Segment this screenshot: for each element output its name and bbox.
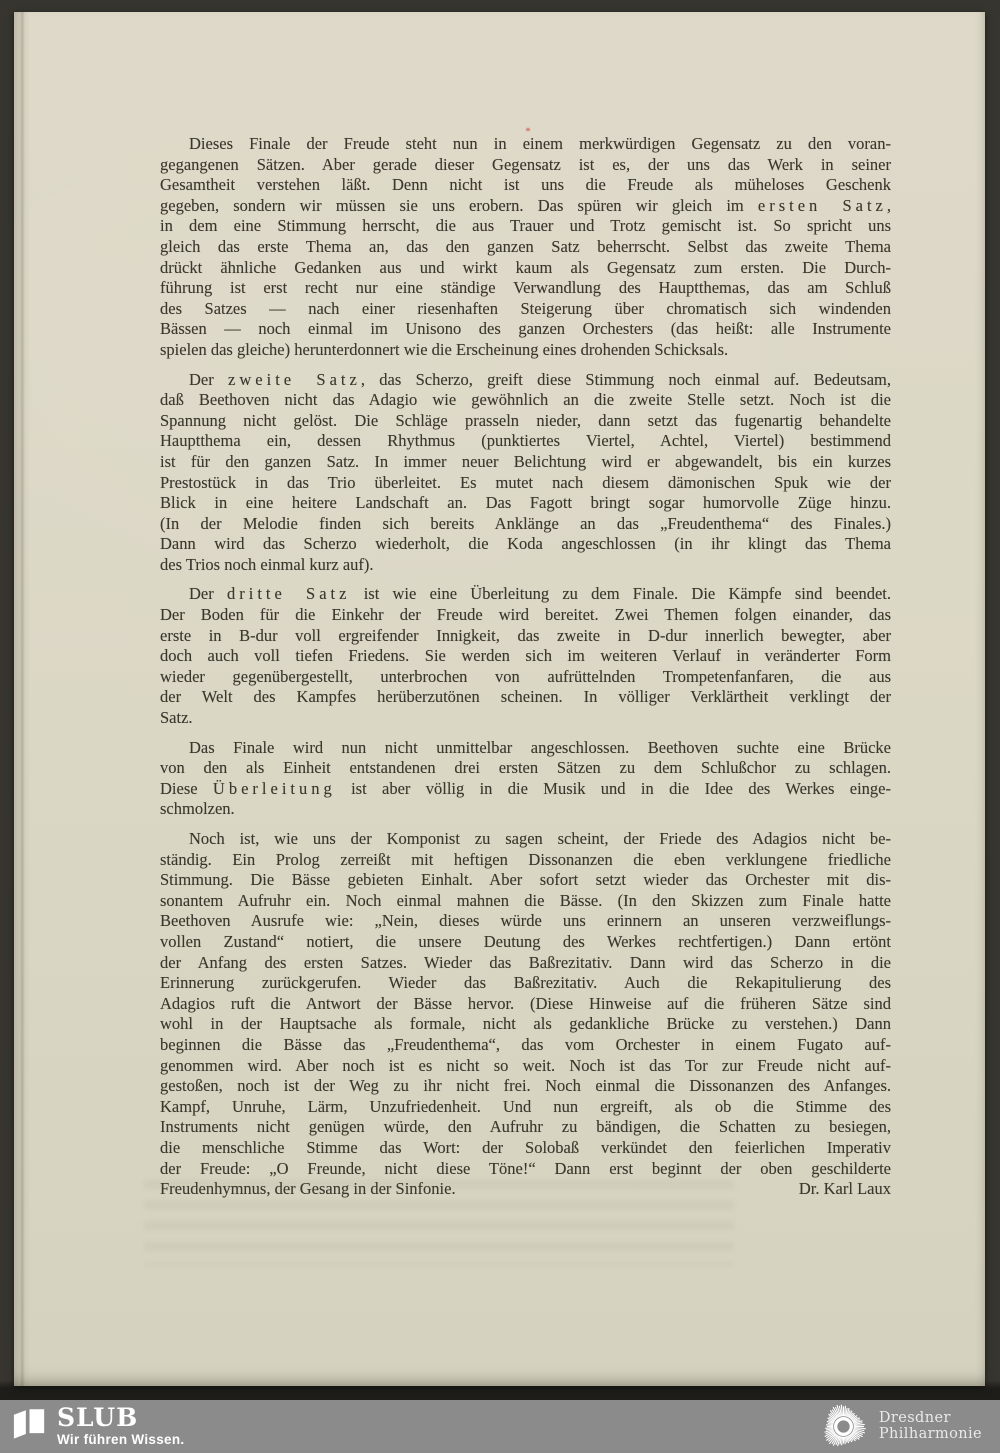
- text-line: drückt ähnliche Gedanken aus und wirkt k…: [160, 258, 891, 279]
- text-line: wohl in der Hauptsache als formale, nich…: [160, 1014, 891, 1035]
- text-line: führung ist erst recht nur eine ständige…: [160, 278, 891, 299]
- text-line: Gesamtheit verstehen läßt. Denn nicht is…: [160, 175, 891, 196]
- text-line: genommen wird. Aber noch ist es nicht so…: [160, 1056, 891, 1077]
- screenshot-canvas: Dieses Finale der Freude steht nun in ei…: [0, 0, 1000, 1453]
- text-line: Der dritte Satz ist wie eine Überleitung…: [160, 584, 891, 605]
- scanned-page: Dieses Finale der Freude steht nun in ei…: [14, 12, 985, 1386]
- text-line: die menschliche Stimme das Wort: der Sol…: [160, 1138, 891, 1159]
- text-line: gleich das erste Thema an, das den ganze…: [160, 237, 891, 258]
- text-line: doch auch voll tiefen Friedens. Sie werd…: [160, 646, 891, 667]
- text-line: Diese Überleitung ist aber völlig in die…: [160, 779, 891, 800]
- paragraph: Der dritte Satz ist wie eine Überleitung…: [160, 584, 891, 728]
- text-line: des Trios noch einmal kurz auf).: [160, 555, 891, 576]
- text-line: sonantem Aufruhr ein. Noch einmal mahnen…: [160, 891, 891, 912]
- text-block: Dieses Finale der Freude steht nun in ei…: [160, 134, 891, 1200]
- philharmonie-logo: Dresdner Philharmonie: [820, 1403, 982, 1450]
- text-line: gestoßen, noch ist der Weg zu ihr nicht …: [160, 1076, 891, 1097]
- text-line: (In der Melodie finden sich bereits Ankl…: [160, 514, 891, 535]
- text-line: ständig. Ein Prolog zerreißt mit heftige…: [160, 850, 891, 871]
- text-line: Dann wird das Scherzo wiederholt, die Ko…: [160, 534, 891, 555]
- text-line: Noch ist, wie uns der Komponist zu sagen…: [160, 829, 891, 850]
- author-signature: Dr. Karl Laux: [799, 1179, 891, 1200]
- text-line: schmolzen.: [160, 799, 891, 820]
- text-line: erste in B-dur voll ergreifender Innigke…: [160, 626, 891, 647]
- text-line: der Welt des Kampfes herüberzutönen sche…: [160, 687, 891, 708]
- text-line: gegeben, sondern wir müssen sie uns erob…: [160, 196, 891, 217]
- open-book-icon: [13, 1408, 46, 1444]
- text-line: Prestostück in das Trio überleitet. Es m…: [160, 473, 891, 494]
- text-line: Hauptthema ein, dessen Rhythmus (punktie…: [160, 431, 891, 452]
- text-line: Der Boden für die Einkehr der Freude wir…: [160, 605, 891, 626]
- text-line: Kampf, Unruhe, Lärm, Unzufriedenheit. Un…: [160, 1097, 891, 1118]
- philharmonie-name-line1: Dresdner: [879, 1411, 982, 1427]
- text-line: Erinnerung zurückgerufen. Wieder das Baß…: [160, 973, 891, 994]
- slub-logo: SLUB Wir führen Wissen.: [13, 1405, 184, 1447]
- text-line: Dieses Finale der Freude steht nun in ei…: [160, 134, 891, 155]
- viewer-footer: SLUB Wir führen Wissen. Dresdner Philhar…: [0, 1400, 1000, 1453]
- text-line: Stimmung. Die Bässe gebieten Einhalt. Ab…: [160, 870, 891, 891]
- starburst-icon: [820, 1403, 867, 1450]
- text-line: in dem eine Stimmung herrscht, die aus T…: [160, 216, 891, 237]
- text-line: Adagios ruft die Antwort der Bässe hervo…: [160, 994, 891, 1015]
- paragraph: Das Finale wird nun nicht unmittelbar an…: [160, 738, 891, 820]
- paragraph: Noch ist, wie uns der Komponist zu sagen…: [160, 829, 891, 1200]
- text-line: Der zweite Satz, das Scherzo, greift die…: [160, 370, 891, 391]
- text-line: Blick in eine heitere Landschaft an. Das…: [160, 493, 891, 514]
- text-line: Spannung nicht gelöst. Die Schläge prass…: [160, 411, 891, 432]
- text-line: Das Finale wird nun nicht unmittelbar an…: [160, 738, 891, 759]
- slub-wordmark: SLUB: [57, 1405, 184, 1431]
- text-line: Bässen — noch einmal im Unisono des ganz…: [160, 319, 891, 340]
- text-line: daß Beethoven nicht das Adagio wie gewöh…: [160, 390, 891, 411]
- paragraph: Der zweite Satz, das Scherzo, greift die…: [160, 370, 891, 576]
- slub-tagline: Wir führen Wissen.: [57, 1432, 184, 1447]
- text-line: spielen das gleiche) herunterdonnert wie…: [160, 340, 891, 361]
- text-line: der Anfang des ersten Satzes. Wieder das…: [160, 953, 891, 974]
- paragraph: Dieses Finale der Freude steht nun in ei…: [160, 134, 891, 361]
- text-line: beginnen die Bässe das „Freudenthema“, d…: [160, 1035, 891, 1056]
- text-line: gegangenen Sätzen. Aber gerade dieser Ge…: [160, 155, 891, 176]
- text-line: Instruments nicht genügen würde, den Auf…: [160, 1117, 891, 1138]
- text-line: des Satzes — nach einer riesenhaften Ste…: [160, 299, 891, 320]
- text-line: Freudenhymnus, der Gesang in der Sinfoni…: [160, 1179, 891, 1200]
- text-line: Beethoven Ausrufe wie: „Nein, dieses wür…: [160, 911, 891, 932]
- text-line: von den als Einheit entstandenen drei er…: [160, 758, 891, 779]
- philharmonie-name: Dresdner Philharmonie: [879, 1411, 982, 1442]
- text-line: vollen Zustand“ notiert, die unsere Deut…: [160, 932, 891, 953]
- text-line: Satz.: [160, 708, 891, 729]
- philharmonie-name-line2: Philharmonie: [879, 1427, 982, 1443]
- text-line: der Freude: „O Freunde, nicht diese Töne…: [160, 1159, 891, 1180]
- text-line: ist für den ganzen Satz. In immer neuer …: [160, 452, 891, 473]
- paper-blemish: [526, 128, 530, 131]
- text-line: wieder gegenübergestellt, unterbrochen v…: [160, 667, 891, 688]
